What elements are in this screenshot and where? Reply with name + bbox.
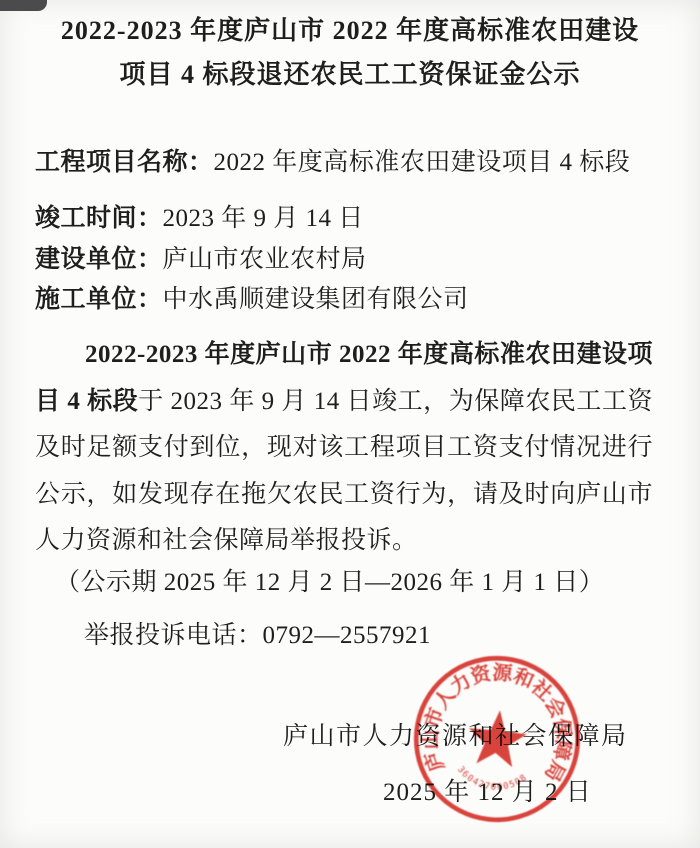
field-owner-unit-label: 建设单位： [35,246,163,273]
complaint-hotline-line: 举报投诉电话：0792—2557921 [84,615,431,651]
field-contractor-unit-value: 中水禹顺建设集团有限公司 [163,286,469,313]
issuing-authority-signature: 庐山市人力资源和社会保障局 [283,716,628,752]
body-paragraph: 2022-2023 年度庐山市 2022 年度高标准农田建设项目 4 标段于 2… [35,332,653,565]
doc-title-line1: 2022-2023 年度庐山市 2022 年度高标准农田建设 [0,10,700,47]
field-project-name-value: 2022 年度高标准农田建设项目 4 标段 [214,149,631,176]
field-contractor-unit-label: 施工单位： [35,286,163,313]
document-page: 2022-2023 年度庐山市 2022 年度高标准农田建设 项目 4 标段退还… [0,0,700,848]
doc-title-line2: 项目 4 标段退还农民工工资保证金公示 [0,54,700,91]
field-owner-unit: 建设单位：庐山市农业农村局 [35,239,680,275]
issue-date: 2025 年 12 月 2 日 [383,772,592,808]
field-contractor-unit: 施工单位：中水禹顺建设集团有限公司 [35,279,680,315]
publicity-period-line: （公示期 2025 年 12 月 2 日—2026 年 1 月 1 日） [55,562,604,598]
field-project-name-label: 工程项目名称： [35,149,214,176]
field-completion-date: 竣工时间：2023 年 9 月 14 日 [35,198,680,234]
field-completion-date-value: 2023 年 9 月 14 日 [163,205,364,232]
field-completion-date-label: 竣工时间： [35,205,163,232]
field-project-name: 工程项目名称：2022 年度高标准农田建设项目 4 标段 [35,142,680,178]
field-owner-unit-value: 庐山市农业农村局 [163,246,367,273]
